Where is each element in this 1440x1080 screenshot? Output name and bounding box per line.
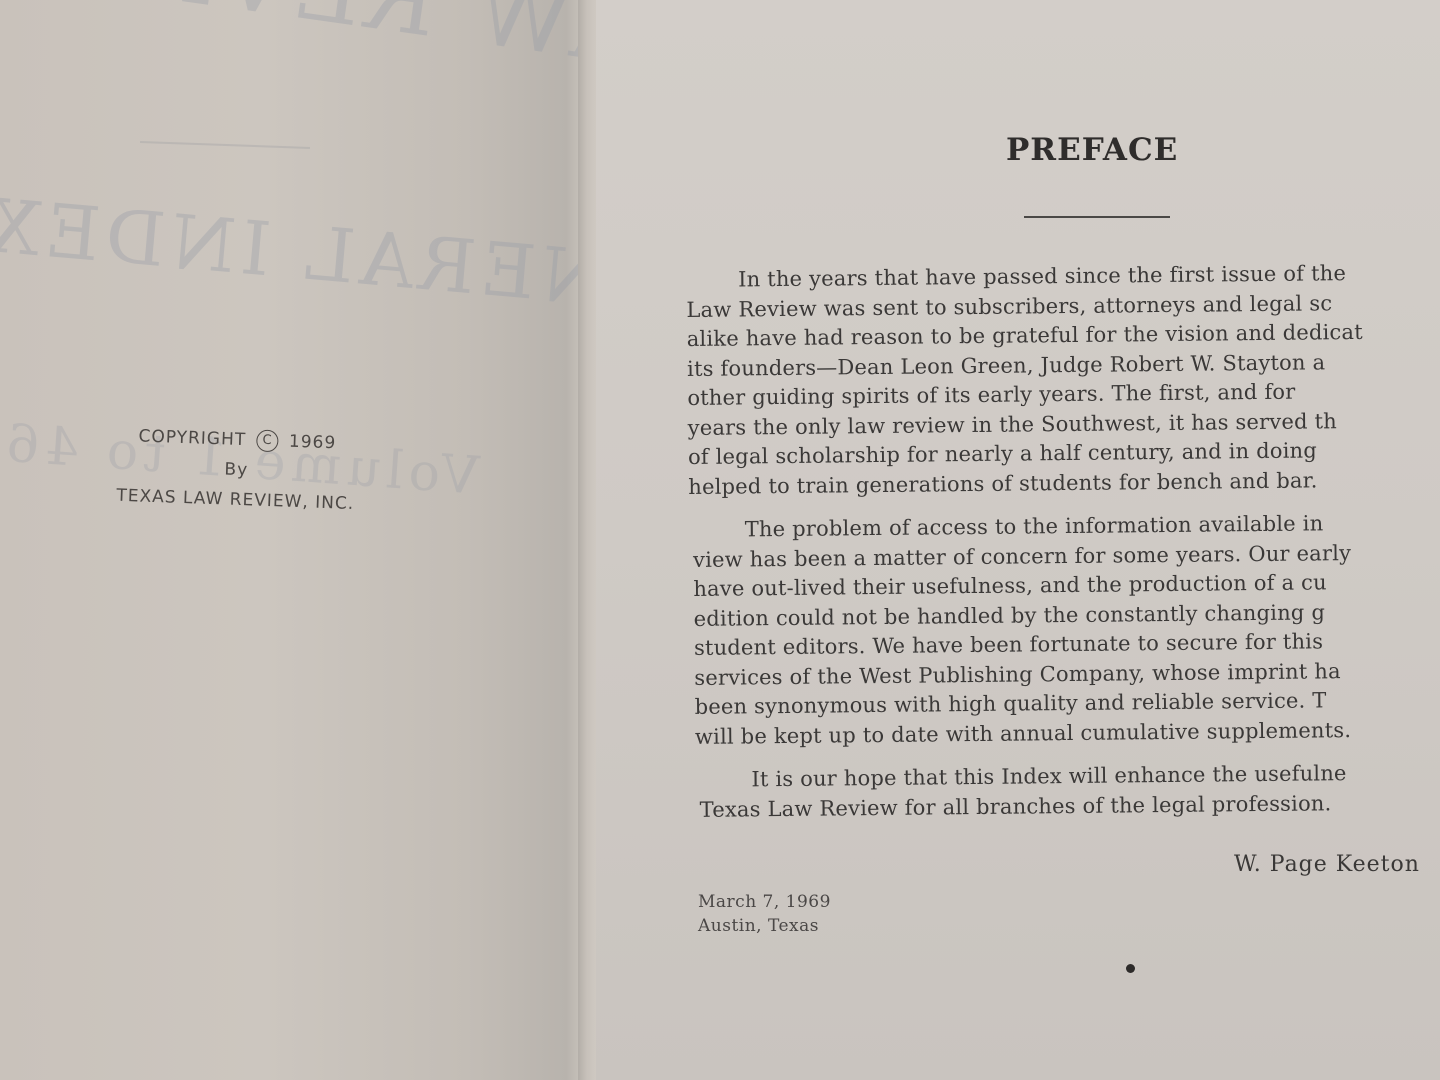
bleed-through-title: LAW REVIEW bbox=[0, 0, 584, 96]
preface-place: Austin, Texas bbox=[698, 914, 831, 938]
page-title: PREFACE bbox=[1006, 132, 1178, 168]
right-page-preface: PREFACE In the years that have passed si… bbox=[596, 0, 1440, 1080]
dateline: March 7, 1969 Austin, Texas bbox=[698, 890, 831, 938]
preface-body: In the years that have passed since the … bbox=[686, 257, 1440, 839]
ink-dot-mark bbox=[1126, 964, 1135, 973]
paragraph-2: The problem of access to the information… bbox=[693, 507, 1440, 752]
copyright-year: 1969 bbox=[289, 432, 337, 454]
bleed-through-subtitle: GENERAL INDEX bbox=[0, 182, 584, 333]
copyright-label: COPYRIGHT bbox=[138, 426, 246, 450]
bleed-through-rule bbox=[140, 141, 310, 149]
left-page-copyright: LAW REVIEW GENERAL INDEX Volume 1 to 46 … bbox=[0, 0, 584, 1080]
open-book-spread: LAW REVIEW GENERAL INDEX Volume 1 to 46 … bbox=[0, 0, 1440, 1080]
author-signature: W. Page Keeton bbox=[1234, 852, 1420, 877]
paragraph-1: In the years that have passed since the … bbox=[686, 257, 1440, 502]
title-divider bbox=[1024, 216, 1170, 218]
paragraph-3: It is our hope that this Index will enha… bbox=[699, 757, 1440, 825]
copyright-symbol-icon: C bbox=[256, 430, 279, 453]
preface-date: March 7, 1969 bbox=[698, 890, 831, 914]
copyright-notice: COPYRIGHT C 1969 By TEXAS LAW REVIEW, IN… bbox=[95, 420, 378, 520]
